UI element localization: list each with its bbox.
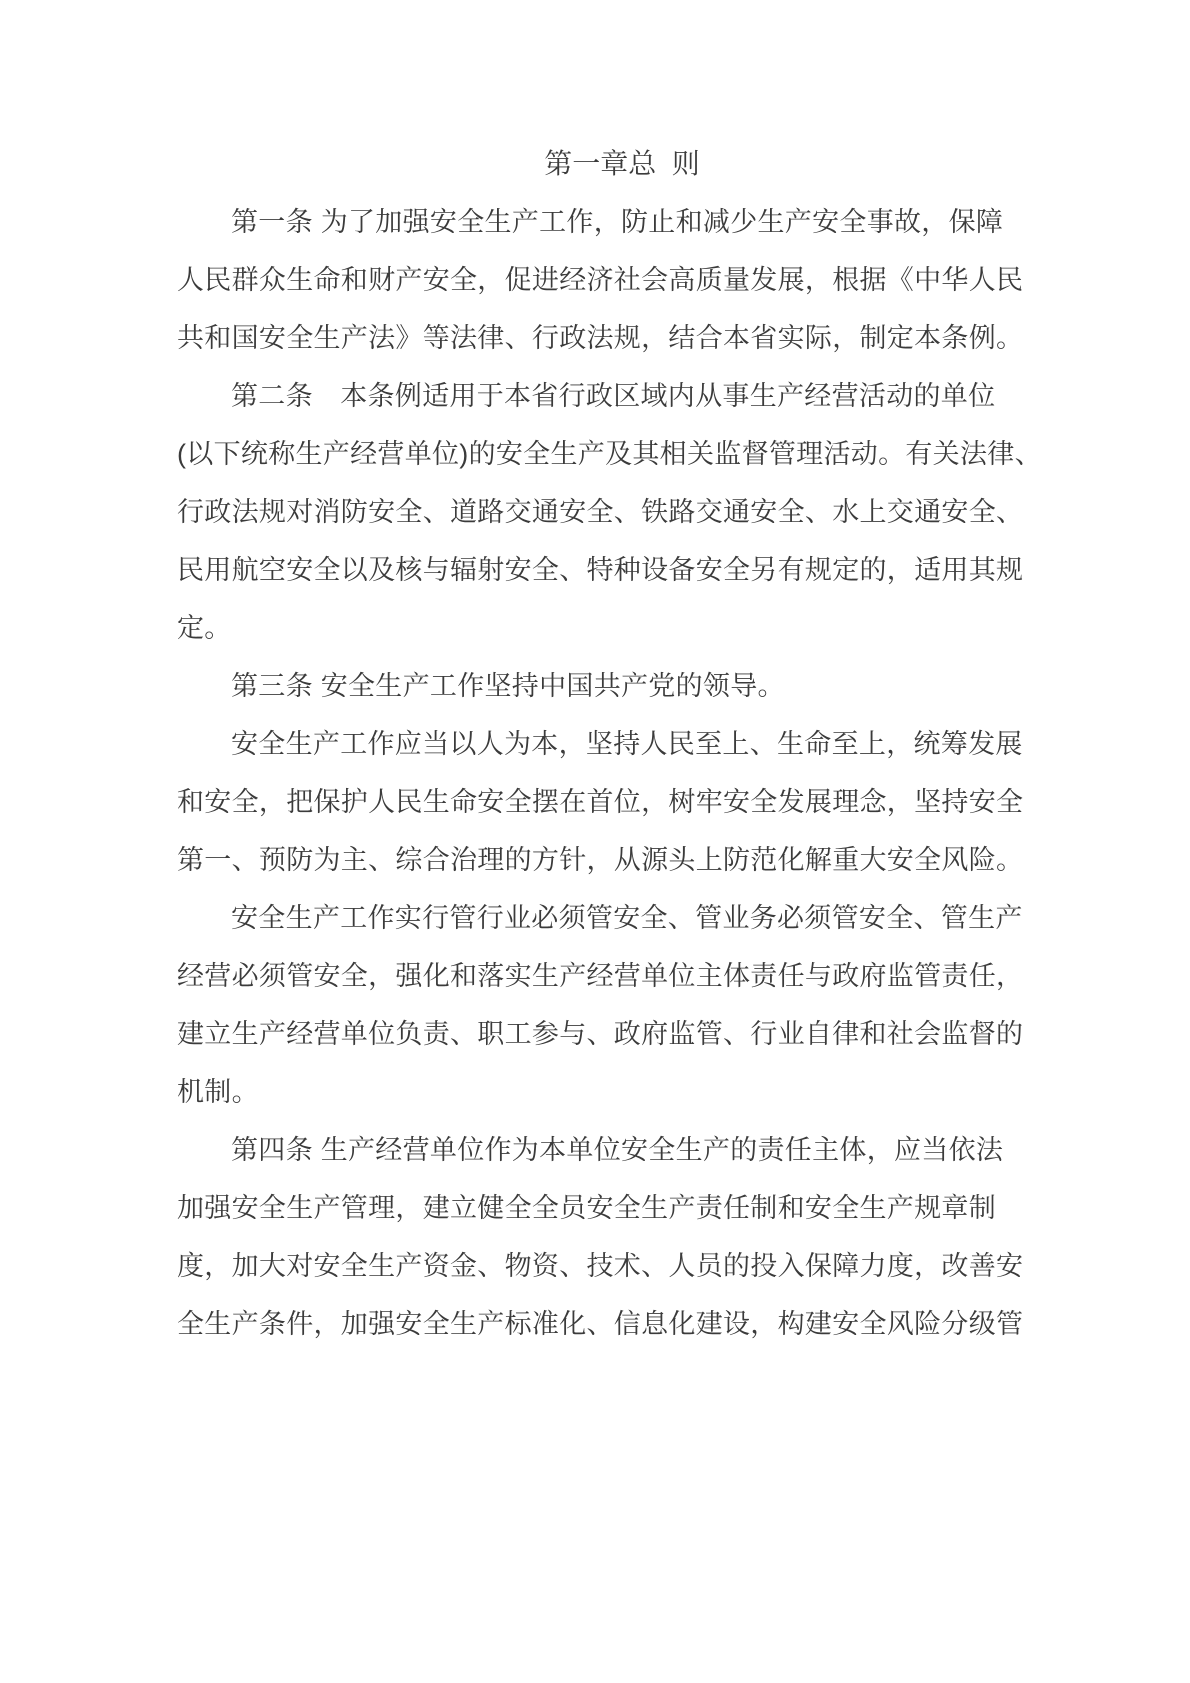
document-line: 机制。 [177, 1063, 1022, 1121]
document-line: 建立生产经营单位负责、职工参与、政府监管、行业自律和社会监督的 [177, 1005, 1022, 1063]
document-line: 共和国安全生产法》等法律、行政法规，结合本省实际，制定本条例。 [177, 309, 1022, 367]
document-line: 民用航空安全以及核与辐射安全、特种设备安全另有规定的，适用其规 [177, 541, 1022, 599]
document-line: (以下统称生产经营单位)的安全生产及其相关监督管理活动。有关法律、 [177, 425, 1022, 483]
paragraph: 第一条 为了加强安全生产工作，防止和减少生产安全事故，保障人民群众生命和财产安全… [177, 193, 1022, 367]
document-line: 和安全，把保护人民生命安全摆在首位，树牢安全发展理念，坚持安全 [177, 773, 1022, 831]
document-line: 人民群众生命和财产安全，促进经济社会高质量发展，根据《中华人民 [177, 251, 1022, 309]
document-line: 加强安全生产管理，建立健全全员安全生产责任制和安全生产规章制 [177, 1179, 1022, 1237]
document-line: 经营必须管安全，强化和落实生产经营单位主体责任与政府监管责任， [177, 947, 1022, 1005]
document-line: 全生产条件，加强安全生产标准化、信息化建设，构建安全风险分级管 [177, 1295, 1022, 1353]
document-page: 第一章总 则 第一条 为了加强安全生产工作，防止和减少生产安全事故，保障人民群众… [0, 0, 1190, 1683]
paragraph: 第二条 本条例适用于本省行政区域内从事生产经营活动的单位(以下统称生产经营单位)… [177, 367, 1022, 657]
document-line: 安全生产工作应当以人为本，坚持人民至上、生命至上，统筹发展 [177, 715, 1022, 773]
document-line: 第四条 生产经营单位作为本单位安全生产的责任主体，应当依法 [177, 1121, 1022, 1179]
chapter-title: 第一章总 则 [177, 135, 1022, 193]
paragraph: 第四条 生产经营单位作为本单位安全生产的责任主体，应当依法加强安全生产管理，建立… [177, 1121, 1022, 1353]
paragraph: 安全生产工作实行管行业必须管安全、管业务必须管安全、管生产经营必须管安全，强化和… [177, 889, 1022, 1121]
paragraph: 安全生产工作应当以人为本，坚持人民至上、生命至上，统筹发展和安全，把保护人民生命… [177, 715, 1022, 889]
document-line: 行政法规对消防安全、道路交通安全、铁路交通安全、水上交通安全、 [177, 483, 1022, 541]
document-content: 第一章总 则 第一条 为了加强安全生产工作，防止和减少生产安全事故，保障人民群众… [177, 135, 1022, 1353]
document-line: 第一条 为了加强安全生产工作，防止和减少生产安全事故，保障 [177, 193, 1022, 251]
paragraph: 第三条 安全生产工作坚持中国共产党的领导。 [177, 657, 1022, 715]
document-line: 第三条 安全生产工作坚持中国共产党的领导。 [177, 657, 1022, 715]
document-line: 定。 [177, 599, 1022, 657]
document-line: 度，加大对安全生产资金、物资、技术、人员的投入保障力度，改善安 [177, 1237, 1022, 1295]
document-line: 第一、预防为主、综合治理的方针，从源头上防范化解重大安全风险。 [177, 831, 1022, 889]
document-body: 第一条 为了加强安全生产工作，防止和减少生产安全事故，保障人民群众生命和财产安全… [177, 193, 1022, 1353]
document-line: 第二条 本条例适用于本省行政区域内从事生产经营活动的单位 [177, 367, 1022, 425]
document-line: 安全生产工作实行管行业必须管安全、管业务必须管安全、管生产 [177, 889, 1022, 947]
